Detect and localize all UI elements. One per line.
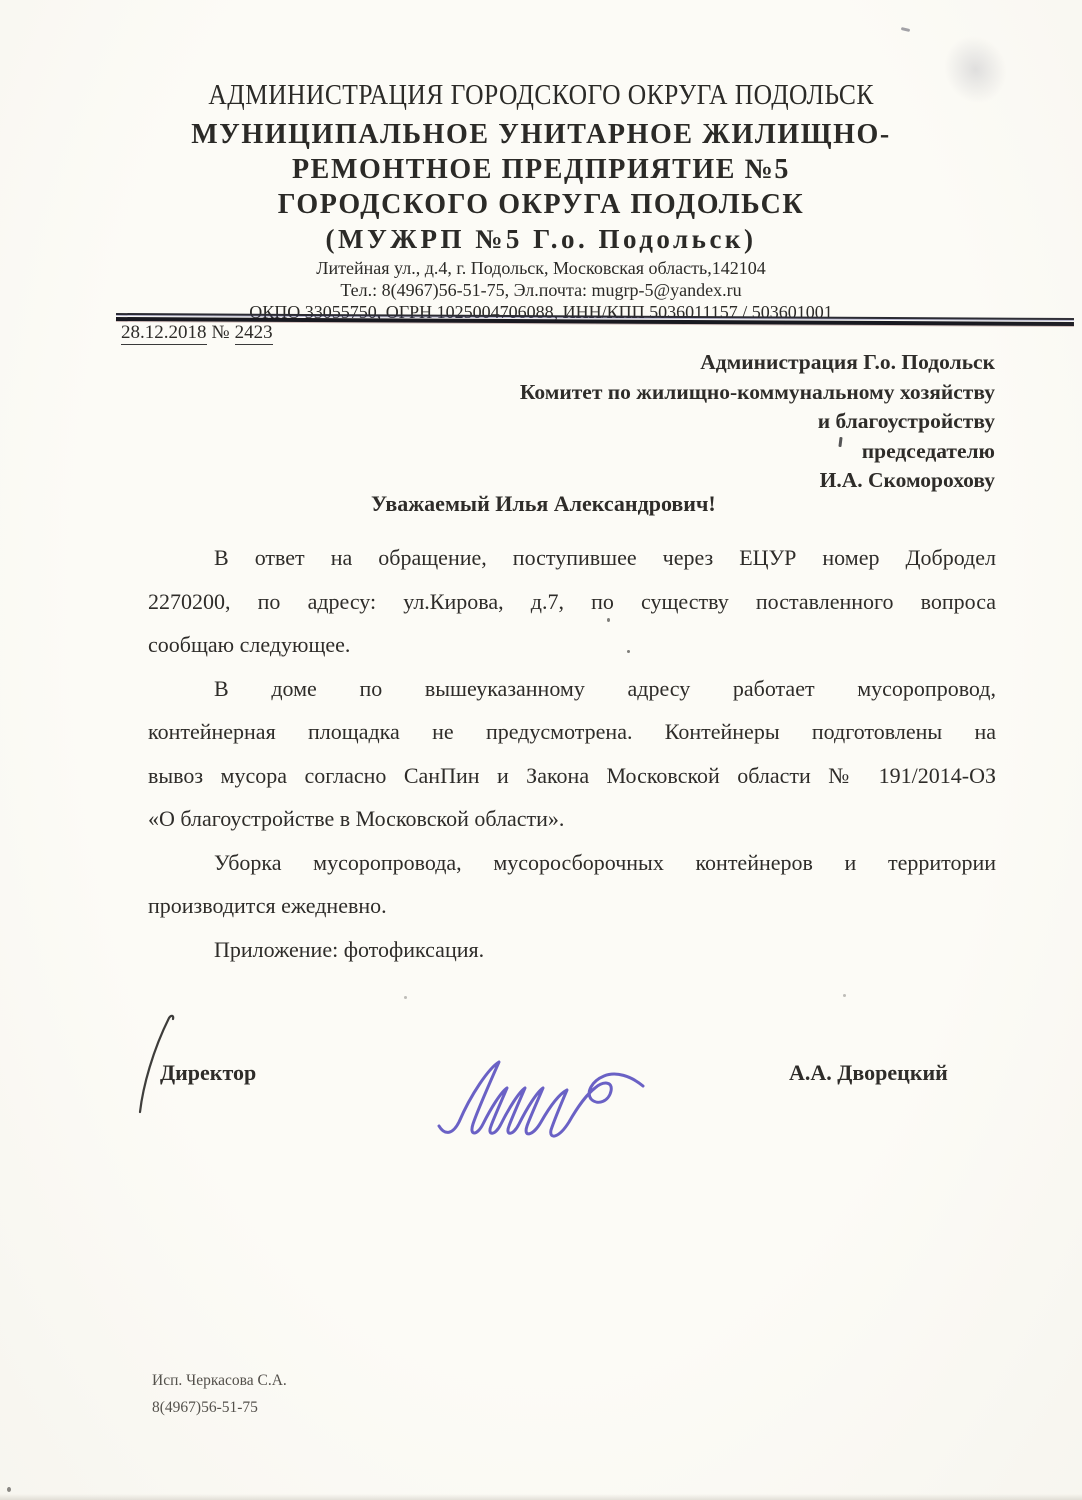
- reference-number: 2423: [235, 322, 273, 345]
- scan-dash-artifact: [901, 27, 910, 32]
- recipient-line-1: Администрация Г.о. Подольск: [520, 348, 995, 378]
- letterhead: АДМИНИСТРАЦИЯ ГОРОДСКОГО ОКРУГА ПОДОЛЬСК…: [0, 78, 1082, 323]
- paragraph-3: Уборка мусоропровода, мусоросборочных ко…: [148, 841, 996, 928]
- scan-speck: [7, 1487, 11, 1492]
- recipient-line-4: председателю: [520, 437, 995, 467]
- paragraph-line: контейнерная площадка не предусмотрена. …: [148, 710, 996, 754]
- scan-bottom-edge: [0, 1494, 1082, 1500]
- org-short-name: (МУЖРП №5 Г.о. Подольск): [0, 222, 1082, 257]
- letter-body: В ответ на обращение, поступившее через …: [148, 536, 996, 971]
- letterhead-contacts: Тел.: 8(4967)56-51-75, Эл.почта: mugrp-5…: [0, 279, 1082, 301]
- signer-name: А.А. Дворецкий: [789, 1060, 948, 1086]
- attachment-line: Приложение: фотофиксация.: [148, 928, 996, 972]
- org-name-line4: ГОРОДСКОГО ОКРУГА ПОДОЛЬСК: [0, 187, 1082, 222]
- paragraph-line: Приложение: фотофиксация.: [148, 928, 996, 972]
- executor-line: Исп. Черкасова С.А.: [152, 1367, 287, 1394]
- paragraph-line: В ответ на обращение, поступившее через …: [148, 536, 996, 580]
- letterhead-address: Литейная ул., д.4, г. Подольск, Московск…: [0, 257, 1082, 279]
- org-name-line1-wrap: АДМИНИСТРАЦИЯ ГОРОДСКОГО ОКРУГА ПОДОЛЬСК: [0, 78, 1082, 117]
- number-sign: №: [212, 322, 230, 343]
- scanned-letter-page: АДМИНИСТРАЦИЯ ГОРОДСКОГО ОКРУГА ПОДОЛЬСК…: [0, 0, 1082, 1500]
- org-name-line2: МУНИЦИПАЛЬНОЕ УНИТАРНОЕ ЖИЛИЩНО-: [0, 117, 1082, 152]
- paragraph-line: В доме по вышеуказанному адресу работает…: [148, 667, 996, 711]
- recipient-line-2: Комитет по жилищно-коммунальному хозяйст…: [520, 378, 995, 408]
- paragraph-line: вывоз мусора согласно СанПин и Закона Мо…: [148, 754, 996, 798]
- paragraph-2: В доме по вышеуказанному адресу работает…: [148, 667, 996, 841]
- handwritten-signature: [433, 1046, 658, 1146]
- paragraph-1: В ответ на обращение, поступившее через …: [148, 536, 996, 667]
- org-name-line3: РЕМОНТНОЕ ПРЕДПРИЯТИЕ №5: [0, 152, 1082, 187]
- footer-block: Исп. Черкасова С.А. 8(4967)56-51-75: [152, 1367, 287, 1421]
- reference-line: 28.12.2018№2423: [121, 322, 273, 344]
- scan-speck: [843, 994, 846, 997]
- paragraph-line: производится ежедневно.: [148, 884, 996, 928]
- director-title: Директор: [160, 1060, 256, 1086]
- paragraph-line: Уборка мусоропровода, мусоросборочных ко…: [148, 841, 996, 885]
- recipient-block: Администрация Г.о. Подольск Комитет по ж…: [520, 348, 995, 496]
- salutation: Уважаемый Илья Александрович!: [371, 491, 716, 517]
- reference-date: 28.12.2018: [121, 322, 207, 345]
- org-name-line1: АДМИНИСТРАЦИЯ ГОРОДСКОГО ОКРУГА ПОДОЛЬСК: [208, 78, 873, 112]
- paragraph-line: сообщаю следующее.: [148, 623, 996, 667]
- scan-speck: [404, 996, 407, 999]
- paragraph-line: 2270200, по адресу: ул.Кирова, д.7, по с…: [148, 580, 996, 624]
- recipient-line-3: и благоустройству: [520, 407, 995, 437]
- paragraph-line: «О благоустройстве в Московской области»…: [148, 797, 996, 841]
- executor-phone: 8(4967)56-51-75: [152, 1394, 287, 1421]
